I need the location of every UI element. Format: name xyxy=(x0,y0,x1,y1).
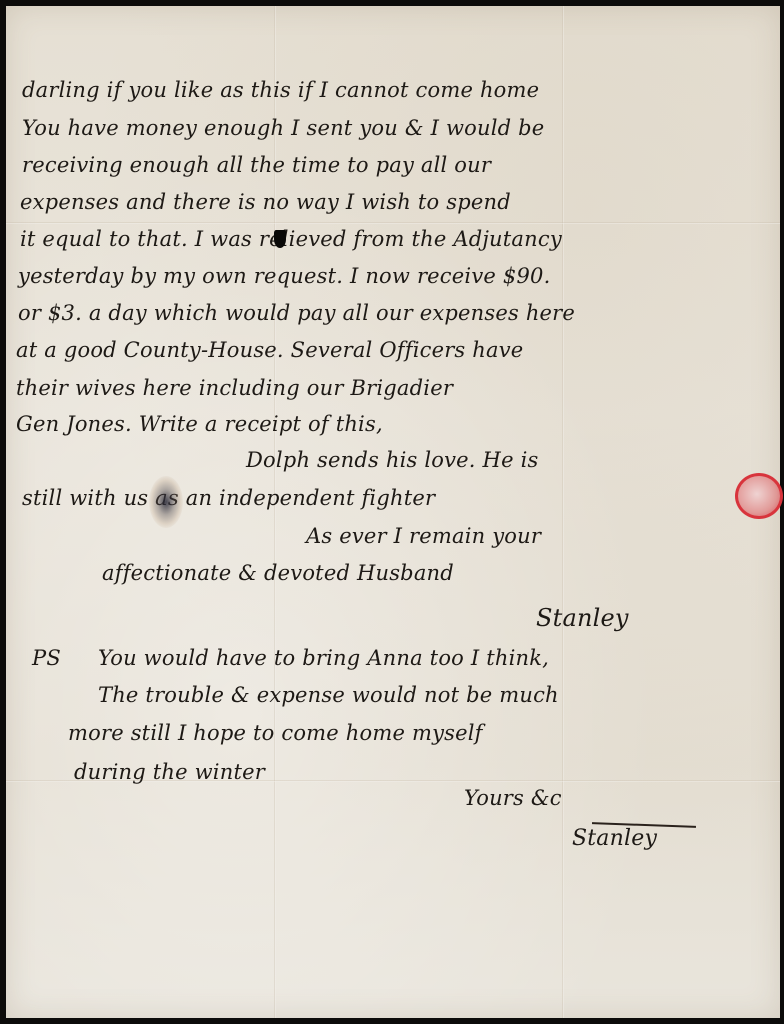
signature: Stanley xyxy=(536,604,629,632)
postscript-line: You would have to bring Anna too I think… xyxy=(98,646,549,670)
closing-line: Dolph sends his love. He is xyxy=(246,448,538,472)
postscript-line: The trouble & expense would not be much xyxy=(98,683,559,707)
closing-line: still with us as an independent fighter xyxy=(22,486,435,510)
red-wax-seal-mark xyxy=(735,473,783,519)
letter-line: or $3. a day which would pay all our exp… xyxy=(18,301,575,325)
postscript-label: PS xyxy=(32,646,61,670)
paper-hole xyxy=(274,230,286,248)
postscript-closing: Yours &c xyxy=(464,786,562,810)
letter-line: expenses and there is no way I wish to s… xyxy=(20,190,511,214)
postscript-line: more still I hope to come home myself xyxy=(68,721,483,745)
letter-line: You have money enough I sent you & I wou… xyxy=(22,116,544,140)
fold-crease-vertical xyxy=(562,6,564,1018)
closing-line: affectionate & devoted Husband xyxy=(102,561,454,585)
letter-line: yesterday by my own request. I now recei… xyxy=(18,264,550,288)
ink-blot xyxy=(149,476,183,528)
letter-line: it equal to that. I was relieved from th… xyxy=(20,227,562,251)
letter-page: darling if you like as this if I cannot … xyxy=(6,6,780,1018)
letter-line: their wives here including our Brigadier xyxy=(16,376,453,400)
closing-line: As ever I remain your xyxy=(306,524,541,548)
postscript-line: during the winter xyxy=(74,760,265,784)
postscript-signature: Stanley xyxy=(572,826,657,851)
letter-line: at a good County-House. Several Officers… xyxy=(16,338,523,362)
letter-line: darling if you like as this if I cannot … xyxy=(22,78,539,102)
letter-line: receiving enough all the time to pay all… xyxy=(22,153,491,177)
fold-crease-horizontal xyxy=(6,222,780,224)
letter-line: Gen Jones. Write a receipt of this, xyxy=(16,412,383,436)
